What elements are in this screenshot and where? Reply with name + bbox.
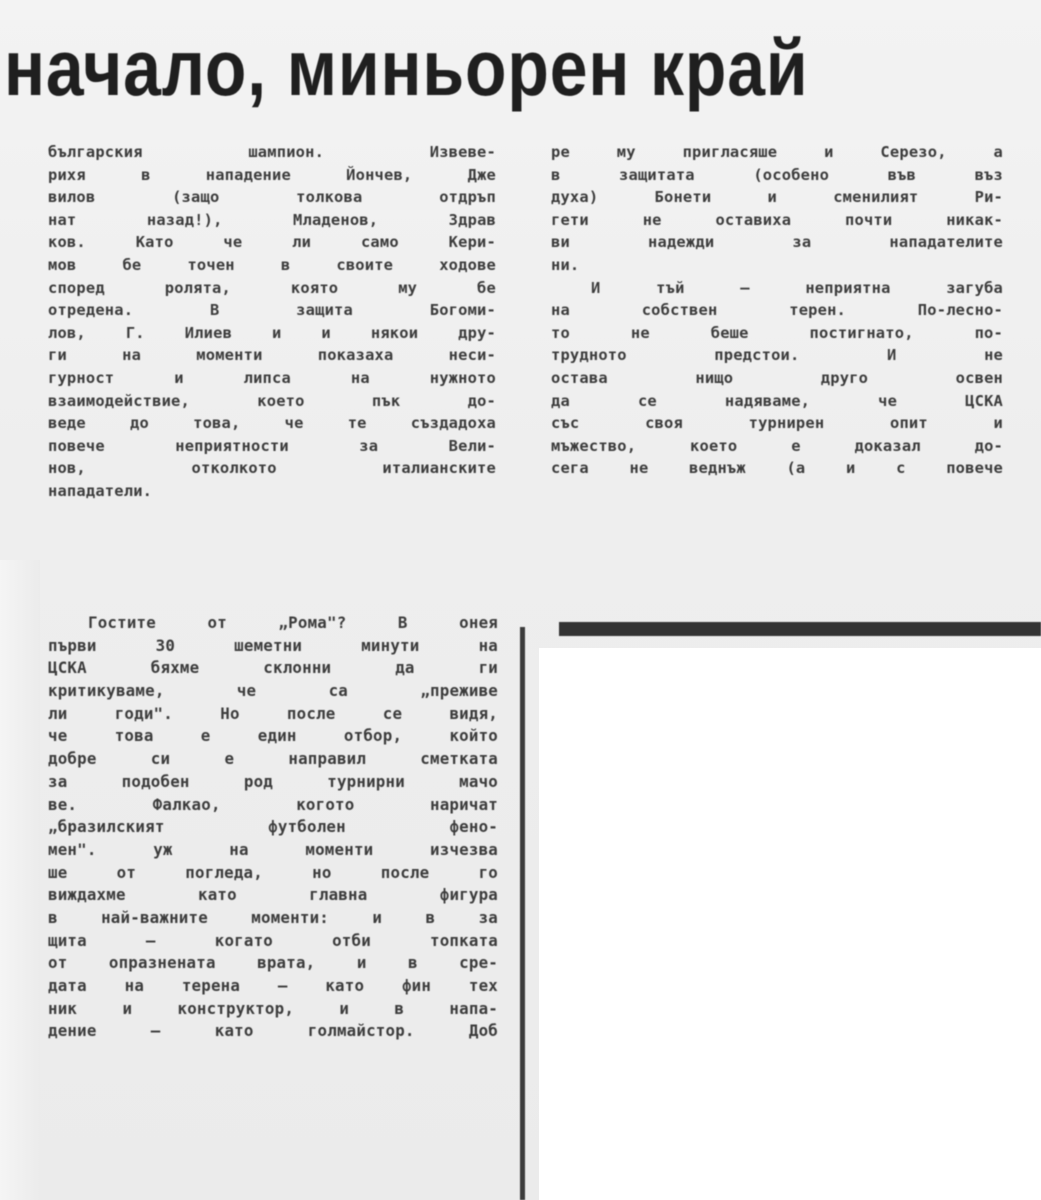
text-line: Гостите от „Рома"? В онея	[48, 612, 498, 635]
article-column-right: ре му пригласяше и Серезо, ав защитата (…	[551, 141, 1003, 480]
text-line: щита — когато отби топката	[48, 930, 498, 953]
text-line: духа) Бонети и сменилият Ри-	[551, 186, 1003, 209]
text-line: вилов (защо толкова отдръп	[48, 186, 496, 209]
text-line: ве. Фалкао, когото наричат	[48, 794, 498, 817]
text-line: мъжество, което е доказал до-	[551, 435, 1003, 458]
text-line: ни.	[551, 254, 1003, 277]
paper-edge-shade	[0, 560, 40, 1200]
text-line: гети не оставиха почти никак-	[551, 209, 1003, 232]
text-line: мен". уж на моменти изчезва	[48, 839, 498, 862]
text-line: че това е един отбор, който	[48, 725, 498, 748]
text-line: със своя турнирен опит и	[551, 412, 1003, 435]
text-line: гурност и липса на нужното	[48, 367, 496, 390]
text-line: според ролята, която му бе	[48, 277, 496, 300]
blank-area	[539, 648, 1041, 1200]
text-line: критикуваме, че са „преживе	[48, 680, 498, 703]
text-line: на собствен терен. По-лесно-	[551, 299, 1003, 322]
text-line: рихя в нападение Йончев, Дже	[48, 164, 496, 187]
text-line: „бразилският футболен фено-	[48, 816, 498, 839]
text-line: остава нищо друго освен	[551, 367, 1003, 390]
text-line: добре си е направил сметката	[48, 748, 498, 771]
text-line: ви надежди за нападателите	[551, 231, 1003, 254]
text-line: трудното предстои. И не	[551, 344, 1003, 367]
text-line: ше от погледа, но после го	[48, 862, 498, 885]
article-headline: начало, миньорен край	[4, 28, 896, 107]
text-line: виждахме като главна фигура	[48, 884, 498, 907]
newspaper-clipping: начало, миньорен край българския шампион…	[0, 0, 1041, 1200]
text-line: взаимодействие, което пък до-	[48, 390, 496, 413]
text-line: от опразнената врата, и в сре-	[48, 952, 498, 975]
vertical-rule	[520, 627, 525, 1200]
text-line: дение — като голмайстор. Доб	[48, 1020, 498, 1043]
text-line: ли годи". Но после се видя,	[48, 703, 498, 726]
article-column-left-bottom: Гостите от „Рома"? В онеяпърви 30 шеметн…	[48, 612, 498, 1043]
text-line: в защитата (особено във въз	[551, 164, 1003, 187]
text-line: ги на моменти показаха неси-	[48, 344, 496, 367]
text-line: отредена. В защита Богоми-	[48, 299, 496, 322]
text-line: повече неприятности за Вели-	[48, 435, 496, 458]
text-line: първи 30 шеметни минути на	[48, 635, 498, 658]
text-line: лов, Г. Илиев и и някои дру-	[48, 322, 496, 345]
text-line: ЦСКА бяхме склонни да ги	[48, 657, 498, 680]
text-line: ник и конструктор, и в напа-	[48, 998, 498, 1021]
text-line: нападатели.	[48, 480, 496, 503]
text-line: то не беше постигнато, по-	[551, 322, 1003, 345]
text-line: ре му пригласяше и Серезо, а	[551, 141, 1003, 164]
text-line: И тъй — неприятна загуба	[551, 277, 1003, 300]
horizontal-rule	[559, 622, 1041, 636]
text-line: за подобен род турнирни мачо	[48, 771, 498, 794]
text-line: българския шампион. Извеве-	[48, 141, 496, 164]
text-line: ков. Като че ли само Кери-	[48, 231, 496, 254]
text-line: дата на терена — като фин тех	[48, 975, 498, 998]
text-line: сега не веднъж (а и с повече	[551, 457, 1003, 480]
text-line: нат назад!), Младенов, Здрав	[48, 209, 496, 232]
text-line: веде до това, че те създадоха	[48, 412, 496, 435]
article-column-left-top: българския шампион. Извеве-рихя в нападе…	[48, 141, 496, 503]
text-line: мов бе точен в своите ходове	[48, 254, 496, 277]
text-line: в най-важните моменти: и в за	[48, 907, 498, 930]
text-line: нов, отколкото италианските	[48, 457, 496, 480]
text-line: да се надяваме, че ЦСКА	[551, 390, 1003, 413]
